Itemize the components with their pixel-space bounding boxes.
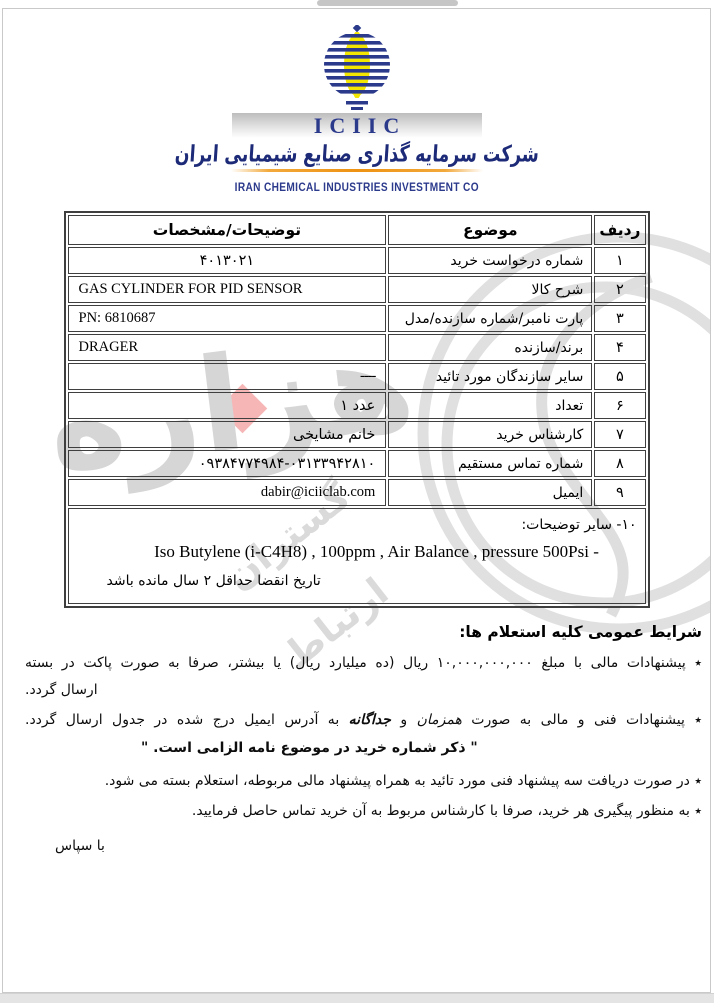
row-detail: ۱ عدد bbox=[68, 392, 387, 419]
term-three-proposals: ٭ در صورت دریافت سه پیشنهاد فنی مورد تائ… bbox=[25, 771, 702, 793]
row-subject: تعداد bbox=[388, 392, 592, 419]
row-number: ۳ bbox=[594, 305, 645, 332]
table-header-row: ردیف موضوع توضیحات/مشخصات bbox=[68, 215, 646, 245]
term2-word-separate: جداگانه bbox=[349, 712, 391, 728]
table-row: ۹ ایمیل dabir@iciiclab.com bbox=[68, 479, 646, 506]
row-subject: برند/سازنده bbox=[388, 334, 592, 361]
row-subject: ایمیل bbox=[388, 479, 592, 506]
company-name-english: IRAN CHEMICAL INDUSTRIES INVESTMENT CO bbox=[234, 182, 478, 194]
row-subject: شماره درخواست خرید bbox=[388, 247, 592, 274]
row-subject: پارت نامبر/شماره سازنده/مدل bbox=[388, 305, 592, 332]
table-row: ۱ شماره درخواست خرید ۴۰۱۳۰۲۱ bbox=[68, 247, 646, 274]
row-detail: ۴۰۱۳۰۲۱ bbox=[68, 247, 387, 274]
row-number: ۷ bbox=[594, 421, 645, 448]
row-detail: DRAGER bbox=[68, 334, 387, 361]
viewer-bottom-strip bbox=[0, 993, 714, 1003]
row-detail: PN: 6810687 bbox=[68, 305, 387, 332]
row-number: ۲ bbox=[594, 276, 645, 303]
company-name-farsi: شرکت سرمایه گذاری صنایع شیمیایی ایران bbox=[174, 141, 540, 167]
notes-title: ۱۰- سایر توضیحات: bbox=[77, 513, 637, 537]
company-header: ICIIC شرکت سرمایه گذاری صنایع شیمیایی ای… bbox=[3, 9, 710, 195]
row-detail-phone: ۰۹۳۸۴۷۷۴۹۸۴-۰۳۱۳۳۹۴۲۸۱۰ bbox=[68, 450, 387, 477]
row-detail: ---- bbox=[68, 363, 387, 390]
company-name-farsi-wrap: شرکت سرمایه گذاری صنایع شیمیایی ایران bbox=[3, 138, 710, 166]
term2-pre: ٭ پیشنهادات فنی و مالی به صورت bbox=[462, 712, 702, 728]
row-number: ۱ bbox=[594, 247, 645, 274]
general-terms-section: شرایط عمومی کلیه استعلام ها: ٭ پیشنهادات… bbox=[25, 620, 702, 858]
table-row: ۴ برند/سازنده DRAGER bbox=[68, 334, 646, 361]
term-tech-financial: ٭ پیشنهادات فنی و مالی به صورت همزمان و … bbox=[25, 710, 702, 732]
purchase-request-table: ردیف موضوع توضیحات/مشخصات ۱ شماره درخواس… bbox=[64, 211, 650, 608]
row-detail-email: dabir@iciiclab.com bbox=[68, 479, 387, 506]
row-detail: GAS CYLINDER FOR PID SENSOR bbox=[68, 276, 387, 303]
row-number: ۵ bbox=[594, 363, 645, 390]
term-follow-up: ٭ به منظور پیگیری هر خرید، صرفا با کارشن… bbox=[25, 801, 702, 823]
accent-divider bbox=[231, 169, 483, 172]
table-row: ۷ کارشناس خرید خانم مشایخی bbox=[68, 421, 646, 448]
col-header-row-number: ردیف bbox=[594, 215, 645, 245]
row-subject: شرح کالا bbox=[388, 276, 592, 303]
horizontal-scrollbar-thumb[interactable] bbox=[317, 0, 458, 6]
row-number: ۹ bbox=[594, 479, 645, 506]
row-subject: سایر سازندگان مورد تائید bbox=[388, 363, 592, 390]
notes-expiry-line: تاریخ انقضا حداقل ۲ سال مانده باشد bbox=[77, 567, 637, 595]
table-row: ۲ شرح کالا GAS CYLINDER FOR PID SENSOR bbox=[68, 276, 646, 303]
row-detail: خانم مشایخی bbox=[68, 421, 387, 448]
term2-word-simultaneous: همزمان bbox=[417, 712, 462, 728]
row-subject: کارشناس خرید bbox=[388, 421, 592, 448]
table-row: ۸ شماره تماس مستقیم ۰۹۳۸۴۷۷۴۹۸۴-۰۳۱۳۳۹۴۲… bbox=[68, 450, 646, 477]
term-subject-mandatory-quote: " ذکر شماره خرید در موضوع نامه الزامی اس… bbox=[25, 738, 702, 760]
row-number: ۴ bbox=[594, 334, 645, 361]
closing-thanks: با سپاس bbox=[25, 836, 702, 858]
term-financial-line2: ارسال گردد. bbox=[25, 680, 702, 702]
terms-heading: شرایط عمومی کلیه استعلام ها: bbox=[25, 620, 702, 644]
logo-acronym-band: ICIIC bbox=[232, 113, 482, 138]
company-name-english-wrap: IRAN CHEMICAL INDUSTRIES INVESTMENT CO bbox=[3, 176, 710, 195]
logo-acronym: ICIIC bbox=[307, 113, 406, 139]
col-header-details: توضیحات/مشخصات bbox=[68, 215, 387, 245]
row-subject: شماره تماس مستقیم bbox=[388, 450, 592, 477]
table-notes-row: ۱۰- سایر توضیحات: - Iso Butylene (i-C4H8… bbox=[68, 508, 646, 604]
term2-post: به آدرس ایمیل درج شده در جدول ارسال گردد… bbox=[25, 712, 349, 728]
table-row: ۵ سایر سازندگان مورد تائید ---- bbox=[68, 363, 646, 390]
table-row: ۳ پارت نامبر/شماره سازنده/مدل PN: 681068… bbox=[68, 305, 646, 332]
row-number: ۶ bbox=[594, 392, 645, 419]
term2-mid: و bbox=[391, 712, 417, 728]
table-row: ۶ تعداد ۱ عدد bbox=[68, 392, 646, 419]
document-page: هزاره گستران ارتباط bbox=[2, 8, 711, 993]
notes-spec-line: - Iso Butylene (i-C4H8) , 100ppm , Air B… bbox=[77, 537, 637, 567]
term-financial-line1: ٭ پیشنهادات مالی با مبلغ ۱۰,۰۰۰,۰۰۰,۰۰۰ … bbox=[25, 653, 702, 675]
other-notes-cell: ۱۰- سایر توضیحات: - Iso Butylene (i-C4H8… bbox=[68, 508, 646, 604]
col-header-subject: موضوع bbox=[388, 215, 592, 245]
row-number: ۸ bbox=[594, 450, 645, 477]
iciic-logo-icon bbox=[309, 25, 405, 113]
